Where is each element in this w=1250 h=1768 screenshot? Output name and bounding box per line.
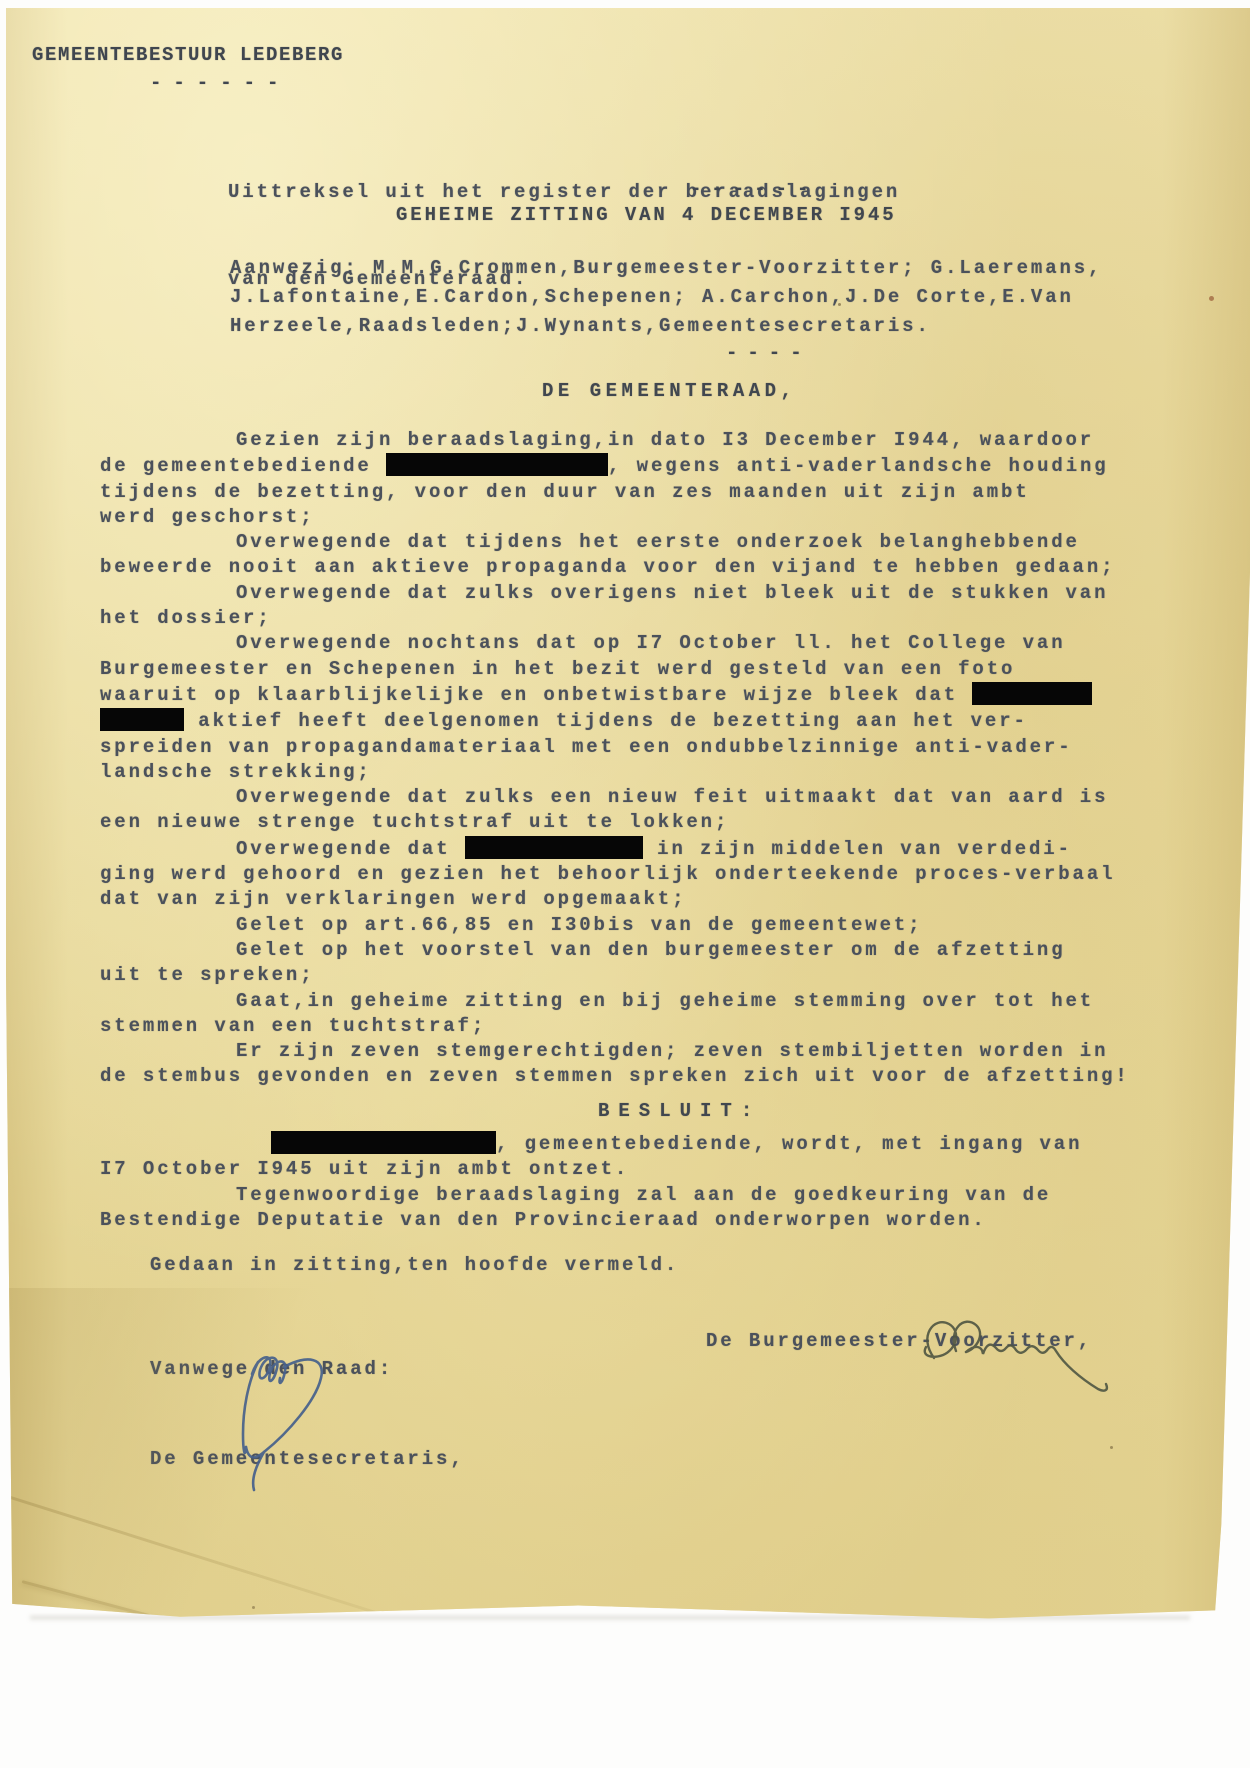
- attendance-line: J.Lafontaine,E.Cardon,Schepenen; A.Carch…: [230, 283, 1102, 312]
- letterhead: GEMEENTEBESTUUR LEDEBERG: [32, 44, 344, 66]
- body-line: de gemeentebediende , wegens anti-vaderl…: [100, 453, 1220, 479]
- redaction-bar: [386, 453, 608, 476]
- attendance-divider-dashes: ----: [726, 342, 812, 364]
- body-line: , gemeentebediende, wordt, met ingang va…: [100, 1131, 1220, 1157]
- body-text: ging werd gehoord en gezien het behoorli…: [100, 863, 1115, 885]
- body-text: , gemeentebediende, wordt, met ingang va…: [496, 1133, 1082, 1155]
- body-line: Overwegende dat zulks overigens niet ble…: [100, 581, 1220, 606]
- body-line: waaruit op klaarblijkelijke en onbetwist…: [100, 682, 1220, 708]
- body-text: Overwegende dat: [236, 838, 465, 860]
- body-text: de gemeentebediende: [100, 455, 386, 477]
- mayor-signature: [890, 1304, 1135, 1409]
- body-line: stemmen van een tuchtstraf;: [100, 1014, 1220, 1039]
- redaction-bar: [271, 1131, 496, 1154]
- body-line: aktief heeft deelgenomen tijdens de beze…: [100, 708, 1220, 734]
- decision-block: , gemeentebediende, wordt, met ingang va…: [100, 1131, 1220, 1233]
- body-line: Overwegende dat in zijn middelen van ver…: [100, 836, 1220, 862]
- body-line: I7 October I945 uit zijn ambt ontzet.: [100, 1157, 1220, 1182]
- body-text: Gaat,in geheime zitting en bij geheime s…: [236, 990, 1094, 1012]
- paper-speck: [1110, 1446, 1113, 1449]
- body-text: uit te spreken;: [100, 964, 315, 986]
- body-text: I7 October I945 uit zijn ambt ontzet.: [100, 1158, 629, 1180]
- body-text: Tegenwoordige beraadslaging zal aan de g…: [236, 1184, 1051, 1206]
- body-text: Bestendige Deputatie van den Provinciera…: [100, 1209, 987, 1231]
- attendance-line: Aanwezig: M.M.G.Crommen,Burgemeester-Voo…: [230, 254, 1102, 283]
- body-line: Gezien zijn beraadslaging,in dato I3 Dec…: [100, 428, 1220, 453]
- redaction-bar: [100, 708, 184, 731]
- closing-line: Gedaan in zitting,ten hoofde vermeld.: [150, 1254, 679, 1276]
- body-line: Burgemeester en Schepenen in het bezit w…: [100, 657, 1220, 682]
- document-page: GEMEENTEBESTUUR LEDEBERG ------ Uittreks…: [6, 8, 1250, 1620]
- body-text: stemmen van een tuchtstraf;: [100, 1015, 486, 1037]
- body-line: het dossier;: [100, 606, 1220, 631]
- title-divider-dashes: ------: [690, 178, 818, 200]
- body-text: Overwegende dat zulks overigens niet ble…: [236, 582, 1108, 604]
- body-text: Gelet op art.66,85 en I30bis van de geme…: [236, 914, 923, 936]
- body-text: spreiden van propagandamateriaal met een…: [100, 736, 1073, 758]
- body-line: een nieuwe strenge tuchtstraf uit te lok…: [100, 810, 1220, 835]
- paper-speck: [838, 303, 841, 306]
- body-text: , wegens anti-vaderlandsche houding: [608, 455, 1109, 477]
- body-line: ging werd gehoord en gezien het behoorli…: [100, 862, 1220, 887]
- redaction-bar: [972, 682, 1092, 705]
- body-line: Er zijn zeven stemgerechtigden; zeven st…: [100, 1039, 1220, 1064]
- body-line: Overwegende dat tijdens het eerste onder…: [100, 530, 1220, 555]
- body-line: Gelet op art.66,85 en I30bis van de geme…: [100, 913, 1220, 938]
- considerations-block: Gezien zijn beraadslaging,in dato I3 Dec…: [100, 428, 1220, 1090]
- council-heading: DE GEMEENTERAAD,: [542, 380, 796, 402]
- paper-speck: [1209, 296, 1214, 301]
- redaction-bar: [465, 836, 643, 859]
- body-line: Tegenwoordige beraadslaging zal aan de g…: [100, 1183, 1220, 1208]
- body-text-block: Gezien zijn beraadslaging,in dato I3 Dec…: [100, 428, 1220, 1233]
- body-text: Overwegende nochtans dat op I7 October l…: [236, 632, 1066, 654]
- body-line: tijdens de bezetting, voor den duur van …: [100, 480, 1220, 505]
- body-text: aktief heeft deelgenomen tijdens de beze…: [184, 710, 1028, 732]
- body-line: landsche strekking;: [100, 760, 1220, 785]
- body-text: waaruit op klaarblijkelijke en onbetwist…: [100, 684, 972, 706]
- attendance-line: Herzeele,Raadsleden;J.Wynants,Gemeentese…: [230, 312, 1102, 341]
- paper-speck: [252, 1606, 255, 1609]
- body-text: landsche strekking;: [100, 761, 372, 783]
- scan-background: GEMEENTEBESTUUR LEDEBERG ------ Uittreks…: [0, 0, 1250, 1768]
- body-line: werd geschorst;: [100, 505, 1220, 530]
- body-text: Overwegende dat zulks een nieuw feit uit…: [236, 786, 1108, 808]
- body-text: de stembus gevonden en zeven stemmen spr…: [100, 1065, 1130, 1087]
- body-text: Er zijn zeven stemgerechtigden; zeven st…: [236, 1040, 1108, 1062]
- body-line: Gelet op het voorstel van den burgemeest…: [100, 938, 1220, 963]
- body-text: Gezien zijn beraadslaging,in dato I3 Dec…: [236, 429, 1094, 451]
- body-line: uit te spreken;: [100, 963, 1220, 988]
- body-text: het dossier;: [100, 607, 272, 629]
- body-text: in zijn middelen van verdedi-: [643, 838, 1072, 860]
- body-text: dat van zijn verklaringen werd opgemaakt…: [100, 888, 686, 910]
- secretary-signature: [212, 1342, 347, 1497]
- body-line: spreiden van propagandamateriaal met een…: [100, 735, 1220, 760]
- body-line: Overwegende dat zulks een nieuw feit uit…: [100, 785, 1220, 810]
- besluit-heading: BESLUIT:: [598, 1099, 1220, 1124]
- body-text: werd geschorst;: [100, 506, 315, 528]
- body-text: een nieuwe strenge tuchtstraf uit te lok…: [100, 811, 729, 833]
- paper-crease: [22, 1580, 622, 1743]
- attendance-list: Aanwezig: M.M.G.Crommen,Burgemeester-Voo…: [230, 254, 1102, 341]
- body-text: Burgemeester en Schepenen in het bezit w…: [100, 658, 1015, 680]
- body-line: Overwegende nochtans dat op I7 October l…: [100, 631, 1220, 656]
- body-line: Gaat,in geheime zitting en bij geheime s…: [100, 989, 1220, 1014]
- letterhead-divider-dashes: ------: [150, 72, 290, 94]
- body-text: Overwegende dat tijdens het eerste onder…: [236, 531, 1080, 553]
- session-title: GEHEIME ZITTING VAN 4 DECEMBER I945: [396, 204, 897, 226]
- body-line: Bestendige Deputatie van den Provinciera…: [100, 1208, 1220, 1233]
- body-line: de stembus gevonden en zeven stemmen spr…: [100, 1064, 1220, 1089]
- body-text: Gelet op het voorstel van den burgemeest…: [236, 939, 1066, 961]
- body-line: dat van zijn verklaringen werd opgemaakt…: [100, 887, 1220, 912]
- body-line: beweerde nooit aan aktieve propaganda vo…: [100, 555, 1220, 580]
- paper-speck: [176, 1022, 179, 1025]
- body-text: tijdens de bezetting, voor den duur van …: [100, 481, 1030, 503]
- body-text: beweerde nooit aan aktieve propaganda vo…: [100, 556, 1115, 578]
